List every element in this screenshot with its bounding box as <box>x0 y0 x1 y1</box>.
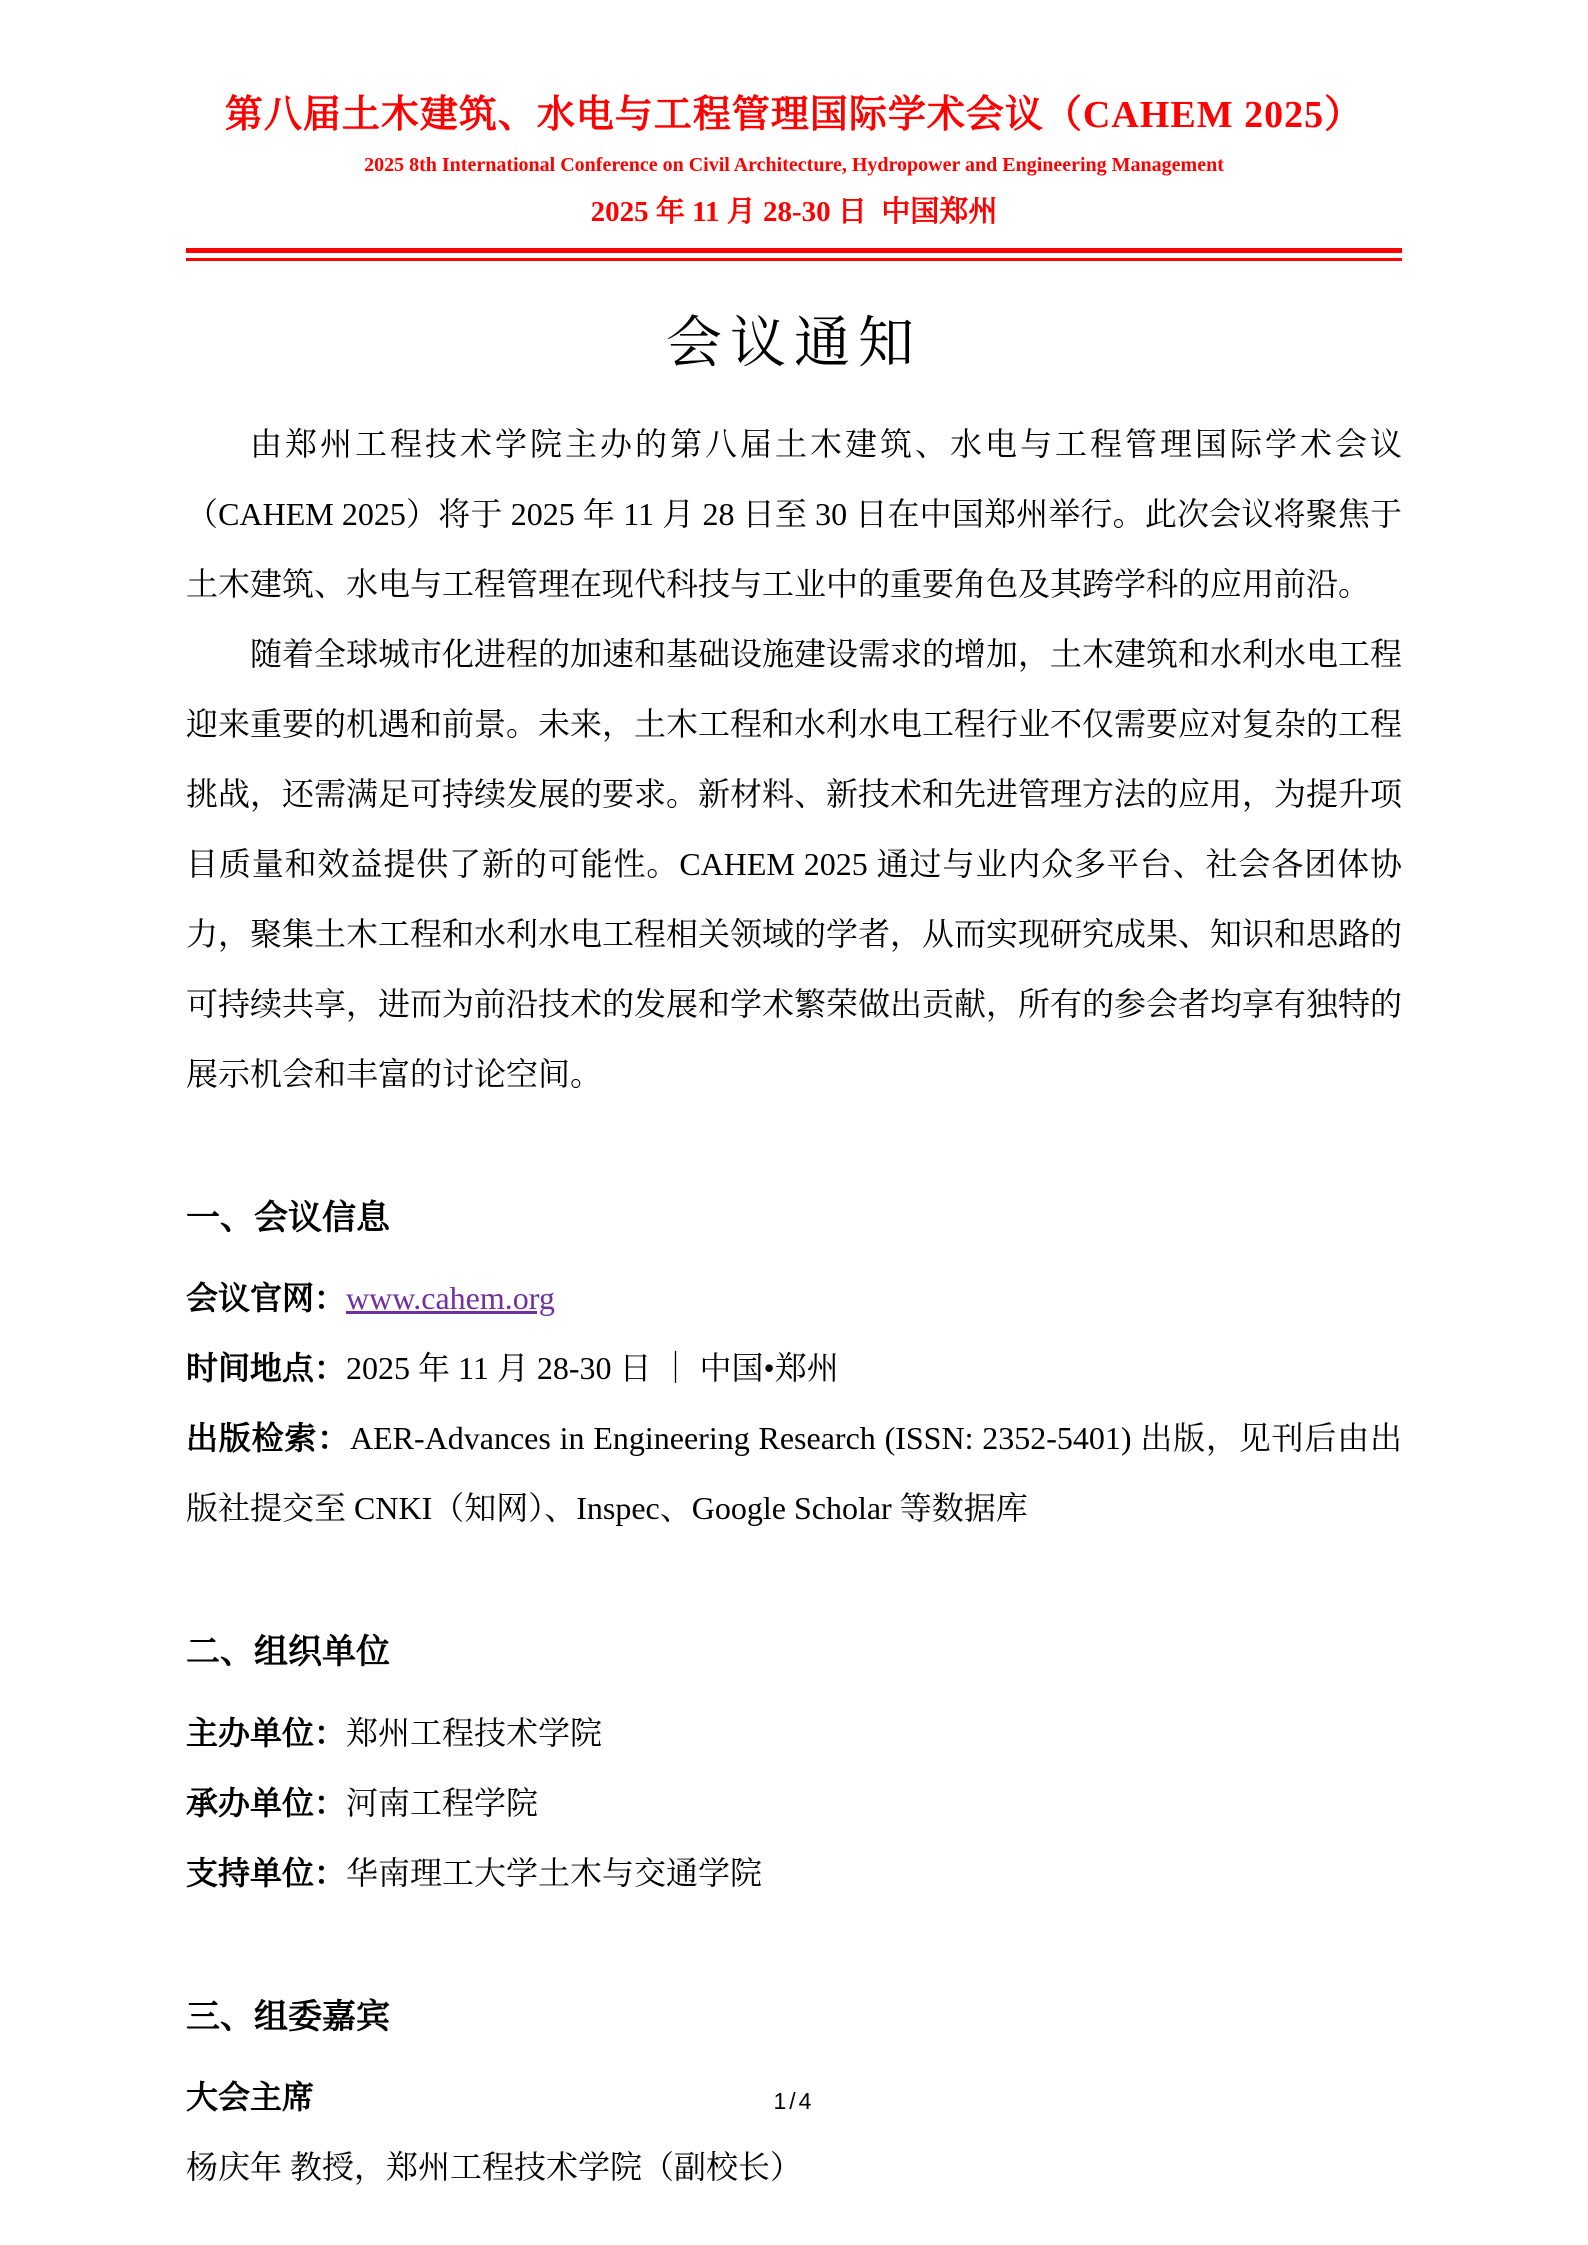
org-item-organizer: 承办单位：河南工程学院 <box>186 1768 1402 1838</box>
conference-date-location: 2025 年 11 月 28-30 日 中国郑州 <box>186 189 1402 230</box>
website-link[interactable]: www.cahem.org <box>346 1280 555 1316</box>
section-heading-conference-info: 一、会议信息 <box>186 1197 1402 1240</box>
page-title: 会议通知 <box>186 299 1402 379</box>
datetime-value: 2025 年 11 月 28-30 日 ｜ 中国•郑州 <box>346 1350 839 1386</box>
conference-title-en: 2025 8th International Conference on Civ… <box>186 154 1402 177</box>
info-item-publication: 出版检索：AER-Advances in Engineering Researc… <box>186 1403 1402 1543</box>
org-item-supporter: 支持单位：华南理工大学土木与交通学院 <box>186 1838 1402 1908</box>
conference-title-cn: 第八届土木建筑、水电与工程管理国际学术会议（CAHEM 2025） <box>186 92 1402 140</box>
org-item-host: 主办单位：郑州工程技术学院 <box>186 1698 1402 1768</box>
supporter-label: 支持单位： <box>186 1855 346 1891</box>
info-item-datetime: 时间地点：2025 年 11 月 28-30 日 ｜ 中国•郑州 <box>186 1333 1402 1403</box>
intro-paragraph-2: 随着全球城市化进程的加速和基础设施建设需求的增加，土木建筑和水利水电工程迎来重要… <box>186 619 1402 1109</box>
double-red-divider <box>186 248 1402 261</box>
section-heading-organizers: 二、组织单位 <box>186 1631 1402 1674</box>
organizer-label: 承办单位： <box>186 1785 346 1821</box>
document-page: 第八届土木建筑、水电与工程管理国际学术会议（CAHEM 2025） 2025 8… <box>0 0 1588 2245</box>
page-number-indicator: 1/4 <box>0 2088 1588 2115</box>
letterhead: 第八届土木建筑、水电与工程管理国际学术会议（CAHEM 2025） 2025 8… <box>186 92 1402 261</box>
host-value: 郑州工程技术学院 <box>346 1715 602 1751</box>
info-item-website: 会议官网：www.cahem.org <box>186 1263 1402 1333</box>
organizer-value: 河南工程学院 <box>346 1785 538 1821</box>
website-label: 会议官网： <box>186 1280 346 1316</box>
datetime-label: 时间地点： <box>186 1350 346 1386</box>
chair-entry: 杨庆年 教授，郑州工程技术学院（副校长） <box>186 2132 1402 2202</box>
host-label: 主办单位： <box>186 1715 346 1751</box>
intro-paragraph-1: 由郑州工程技术学院主办的第八届土木建筑、水电与工程管理国际学术会议（CAHEM … <box>186 409 1402 619</box>
publication-label: 出版检索： <box>186 1420 350 1456</box>
supporter-value: 华南理工大学土木与交通学院 <box>346 1855 762 1891</box>
section-heading-committee-guests: 三、组委嘉宾 <box>186 1996 1402 2039</box>
publication-value: AER-Advances in Engineering Research (IS… <box>186 1420 1402 1526</box>
